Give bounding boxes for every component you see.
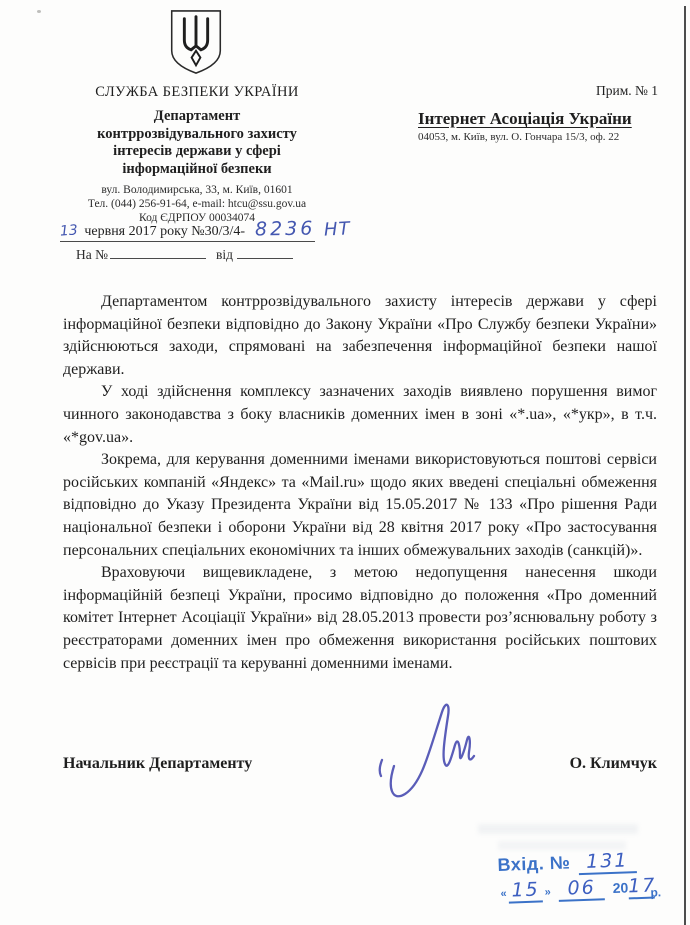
handwritten-month: 06 (567, 877, 596, 900)
copy-note: Прим. № 1 (420, 83, 658, 99)
handwritten-outgoing-number: 8236 (254, 217, 315, 240)
outgoing-number-line: 13 червня 2017 року №30/3/4- 8236 НТ (60, 218, 351, 242)
stamp-quote-close: » (544, 886, 551, 898)
address-phone-email: Тел. (044) 256-91-64, e-mail: htcu@ssu.g… (32, 197, 362, 211)
recipient-name: Інтернет Асоціація України (418, 109, 668, 129)
body-paragraph: У ході здійснення комплексу зазначених з… (63, 381, 657, 449)
org-name: СЛУЖБА БЕЗПЕКИ УКРАЇНИ (32, 84, 362, 101)
handwritten-incoming-number: 131 (586, 849, 629, 872)
stamp-date-row: « 15 » 06 20 17 р. (498, 874, 669, 904)
scan-edge-line (684, 6, 686, 925)
stamp-month-blank: 06 (558, 876, 605, 902)
faded-ink-bleed (498, 841, 626, 850)
department-line: контррозвідувального захисту (32, 126, 362, 144)
signer-title: Начальник Департаменту (63, 755, 252, 773)
faded-ink-bleed (478, 824, 638, 834)
department-name: Департамент контррозвідувального захисту… (32, 108, 362, 178)
reference-line: На №від (76, 246, 293, 263)
handwritten-day: 15 (511, 879, 540, 902)
stamp-quote-open: « (500, 888, 507, 900)
body-paragraph: Зокрема, для керування доменними іменами… (63, 449, 657, 562)
reference-number-blank (110, 246, 206, 259)
outgoing-printed-text: червня 2017 року №30/3/4- (84, 224, 245, 239)
reference-date-blank (237, 246, 293, 259)
stamp-year-prefix: 20 (612, 879, 628, 896)
body-paragraph: Враховуючи вищевикладене, з метою недопу… (63, 562, 657, 675)
letter-body: Департаментом контррозвідувального захис… (63, 291, 657, 675)
department-line: Департамент (32, 108, 362, 126)
handwritten-number-suffix: НТ (324, 218, 352, 240)
scanned-letter-page: СЛУЖБА БЕЗПЕКИ УКРАЇНИ Департамент контр… (0, 0, 690, 925)
stamp-year-suffix: р. (650, 885, 661, 899)
stamp-day-blank: 15 (508, 878, 543, 903)
stamp-number-row: Вхід. № 131 (497, 848, 668, 878)
handwritten-signature-icon (372, 700, 484, 817)
address-street: вул. Володимирська, 33, м. Київ, 01601 (32, 183, 362, 197)
handwritten-day: 13 (59, 222, 78, 239)
body-paragraph: Департаментом контррозвідувального захис… (63, 291, 657, 381)
ukraine-trident-emblem-icon (167, 8, 225, 76)
signature-row: Начальник Департаменту О. Климчук (63, 755, 657, 773)
department-line: інтересів держави у сфері (32, 143, 362, 161)
incoming-stamp: Вхід. № 131 « 15 » 06 20 17 р. (497, 848, 669, 904)
recipient-address: 04053, м. Київ, вул. О. Гончара 15/3, оф… (418, 131, 668, 143)
stamp-number-blank: 131 (578, 849, 637, 875)
department-line: інформаційної безпеки (32, 161, 362, 179)
scan-speck (37, 10, 41, 13)
stamp-label: Вхід. № (497, 852, 570, 876)
reference-label: На № (76, 247, 108, 262)
reference-from-label: від (216, 247, 233, 262)
signer-name: О. Климчук (570, 755, 657, 773)
